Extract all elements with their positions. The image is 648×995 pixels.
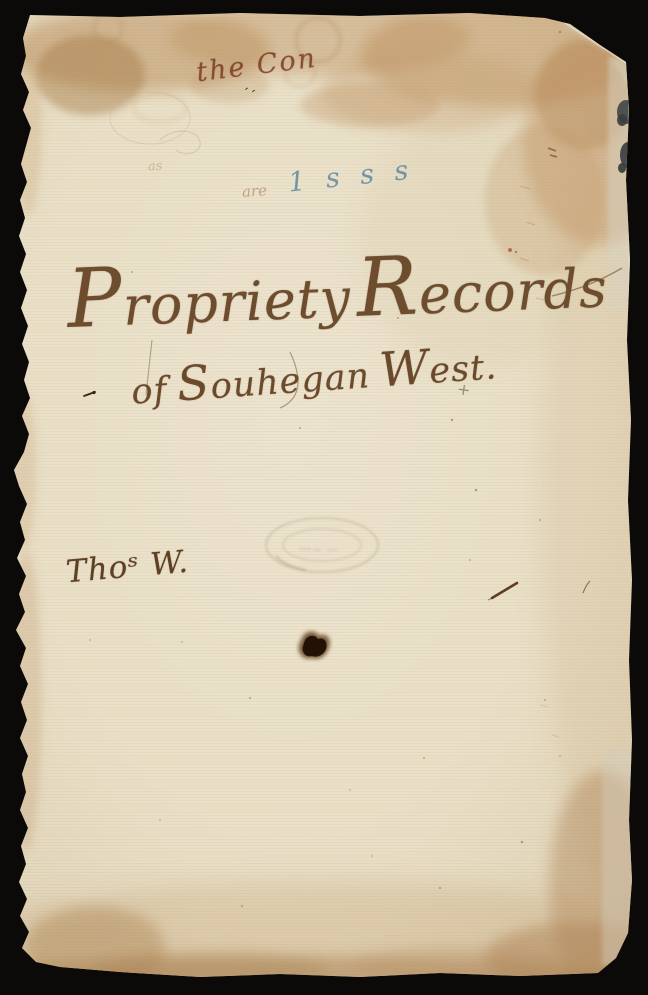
stain-marks	[0, 0, 648, 995]
photo-of-manuscript-cover: the Con ′′ 1 s s s as are ProprietyRecor…	[0, 0, 648, 995]
manuscript-artwork	[0, 0, 648, 995]
